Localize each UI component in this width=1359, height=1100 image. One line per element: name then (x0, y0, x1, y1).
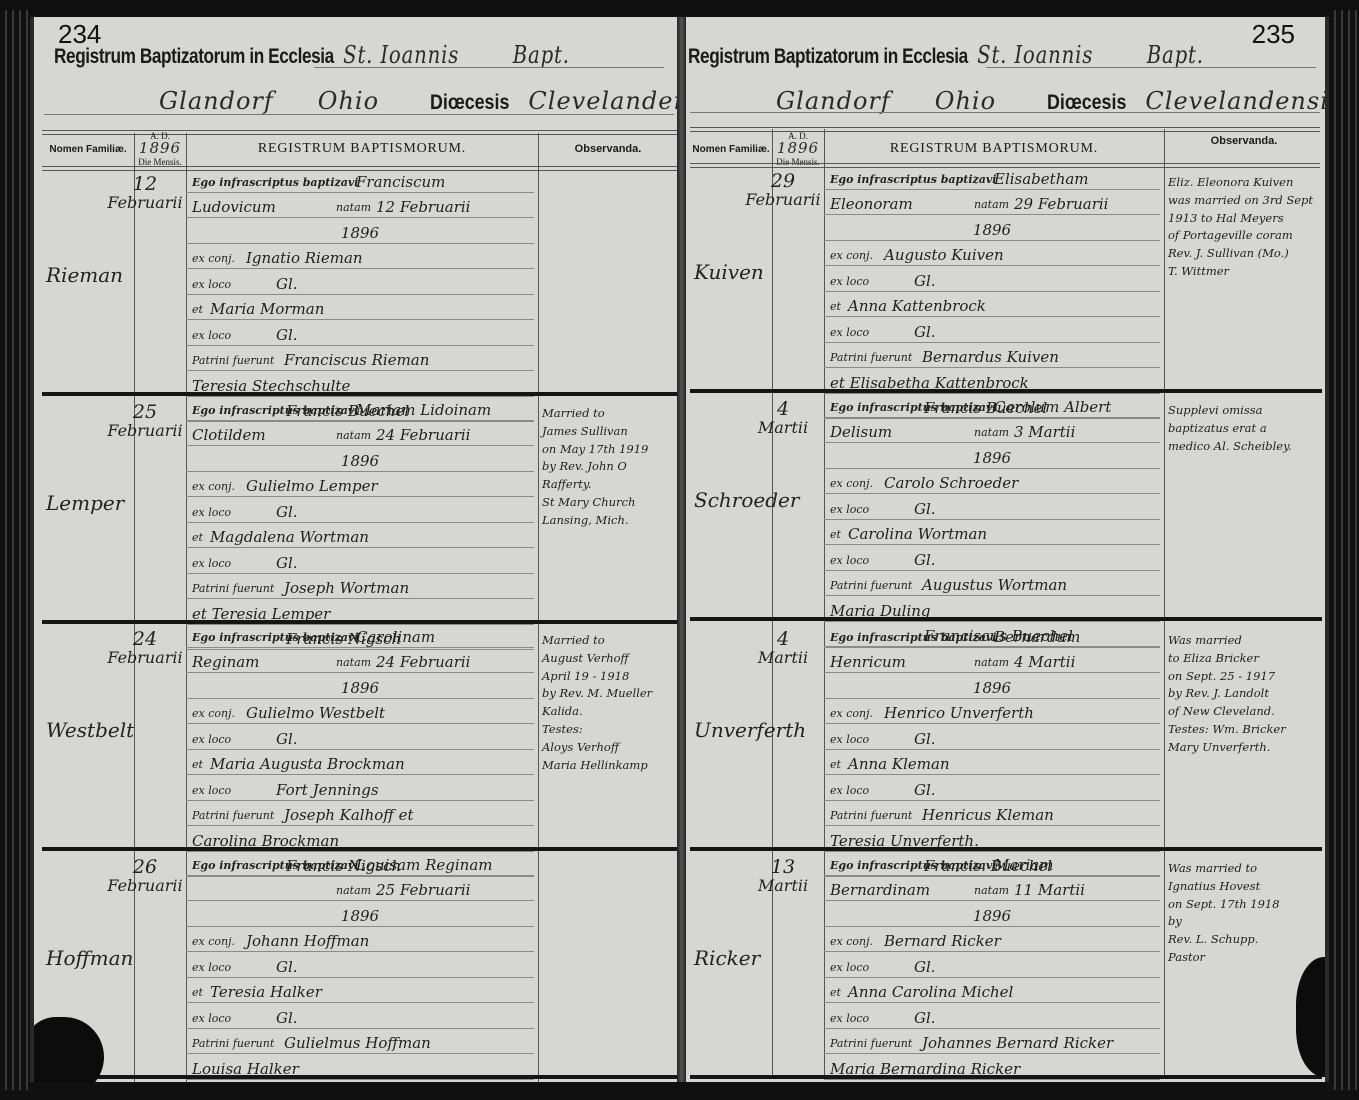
father-place: ex locoGl. (824, 494, 1160, 520)
register-entry: Hoffman 26FebruariiEgo infrascriptus bap… (34, 850, 677, 1078)
observanda-note: Was marriedto Eliza Brickeron Sept. 25 -… (1168, 632, 1286, 757)
register-entry: Unverferth 4MartiiEgo infrascriptus bapt… (686, 622, 1325, 850)
col-observanda: Observanda. (1164, 133, 1324, 165)
location-rule (44, 114, 674, 115)
diocese-name: Clevelandensis (528, 87, 677, 115)
father-line: ex conj.Gulielmo Westbelt (186, 699, 534, 725)
father-line: ex conj.Gulielmo Lemper (186, 472, 534, 498)
father-line: ex conj.Carolo Schroeder (824, 469, 1160, 495)
birth-line: Henricumnatam4 Martii (824, 648, 1160, 674)
mother-line: etCarolina Wortman (824, 520, 1160, 546)
godparents-line: Patrini fueruntBernardus Kuiven (824, 343, 1160, 369)
col-surname: Nomen Familiæ. (690, 133, 772, 165)
book-edge-right (1329, 10, 1359, 1090)
entry-body: Ego infrascriptus baptizaviBernardumHenr… (824, 622, 1160, 877)
register-entry: Ricker 13MartiiEgo infrascriptus baptiza… (686, 850, 1325, 1078)
state-name: Ohio (318, 87, 379, 115)
mother-line: etAnna Carolina Michel (824, 978, 1160, 1004)
mother-line: etMaria Augusta Brockman (186, 750, 534, 776)
father-line: ex conj.Henrico Unverferth (824, 699, 1160, 725)
register-entry: Kuiven 29FebruariiEgo infrascriptus bapt… (686, 164, 1325, 392)
church-name-2: Bapt. (1147, 41, 1204, 69)
godparents-line: Patrini fueruntHenricus Kleman (824, 801, 1160, 827)
family-name: Westbelt (46, 718, 138, 742)
priest-signature: Francis Nigsch (186, 1080, 534, 1083)
godparents-line: Patrini fueruntFranciscus Rieman (186, 346, 534, 372)
mother-line: etAnna Kattenbrock (824, 292, 1160, 318)
mother-line: etMagdalena Wortman (186, 523, 534, 549)
father-line: ex conj.Bernard Ricker (824, 927, 1160, 953)
birth-line: Eleonoramnatam29 Februarii (824, 190, 1160, 216)
birth-line: Delisumnatam3 Martii (824, 418, 1160, 444)
title-prefix: Registrum Baptizatorum in Ecclesia (54, 45, 334, 68)
book-gutter (677, 17, 686, 1082)
observanda-note: Married toJames Sullivanon May 17th 1919… (542, 405, 648, 530)
book-edge-left (0, 10, 30, 1090)
father-place: ex locoGl. (824, 266, 1160, 292)
col-register: REGISTRUM BAPTISMORUM. (824, 133, 1164, 165)
mother-place: ex locoGl. (824, 317, 1160, 343)
father-place: ex locoGl. (824, 724, 1160, 750)
mother-line: etAnna Kleman (824, 750, 1160, 776)
entry-body: Ego infrascriptus baptizaviElisabethamEl… (824, 164, 1160, 419)
baptism-date: 24Februarii (104, 630, 186, 667)
church-name-2: Bapt. (513, 41, 570, 69)
location-rule (690, 112, 1320, 113)
baptized-line: Ego infrascriptus baptizaviFranciscum (186, 167, 534, 193)
title-rule (314, 67, 664, 68)
register-entry: Rieman 12FebruariiEgo infrascriptus bapt… (34, 167, 677, 395)
page-234: 234 Registrum Baptizatorum in Ecclesia S… (30, 17, 677, 1082)
register-title: Registrum Baptizatorum in Ecclesia St. I… (688, 41, 1204, 69)
title-rule (986, 67, 1316, 68)
register-title: Registrum Baptizatorum in Ecclesia St. I… (54, 41, 570, 69)
page-235: 235 Registrum Baptizatorum in Ecclesia S… (686, 17, 1329, 1082)
baptized-line: Ego infrascriptus baptizaviElisabetham (824, 164, 1160, 190)
register-spread: 234 Registrum Baptizatorum in Ecclesia S… (0, 0, 1359, 1100)
birth-year: 1896 (186, 901, 534, 927)
birth-line: natam25 Februarii (186, 876, 534, 902)
baptized-line: Ego infrascriptus baptizaviMariam (824, 850, 1160, 876)
father-place: ex locoGl. (186, 269, 534, 295)
birth-year: 1896 (824, 443, 1160, 469)
mother-place: ex locoGl. (186, 548, 534, 574)
birth-line: Bernardinamnatam11 Martii (824, 876, 1160, 902)
baptism-date: 4Martii (742, 400, 824, 437)
birth-line: Reginamnatam24 Februarii (186, 648, 534, 674)
entry-separator (690, 617, 1322, 621)
baptism-date: 29Februarii (742, 172, 824, 209)
birth-year: 1896 (824, 901, 1160, 927)
birth-year: 1896 (186, 673, 534, 699)
mother-line: etTeresia Halker (186, 978, 534, 1004)
entry-body: Ego infrascriptus baptizaviMariamBernard… (824, 850, 1160, 1082)
father-place: ex locoGl. (186, 724, 534, 750)
birth-year: 1896 (824, 215, 1160, 241)
mother-place: ex locoGl. (824, 545, 1160, 571)
family-name: Kuiven (694, 260, 776, 284)
entry-body: Ego infrascriptus baptizaviCarolinamRegi… (186, 622, 534, 877)
diocese-name: Clevelandensis (1145, 87, 1329, 115)
father-place: ex locoGl. (186, 497, 534, 523)
page-number: 235 (1252, 19, 1295, 50)
mother-line: etMaria Morman (186, 295, 534, 321)
father-line: ex conj.Augusto Kuiven (824, 241, 1160, 267)
entry-separator (42, 1075, 677, 1079)
birth-year: 1896 (186, 218, 534, 244)
diocese-label: Diœcesis (430, 91, 509, 115)
location-line: Glandorf Ohio Diœcesis Clevelandensis (776, 87, 1329, 115)
mother-place: ex locoGl. (186, 320, 534, 346)
state-name: Ohio (935, 87, 996, 115)
observanda-note: Was married toIgnatius Hoveston Sept. 17… (1168, 860, 1280, 967)
mother-place: ex locoGl. (824, 775, 1160, 801)
baptized-line: Ego infrascriptus baptizaviMariam Lidoin… (186, 395, 534, 421)
godparents-line: Patrini fueruntGulielmus Hoffman (186, 1029, 534, 1055)
birth-year: 1896 (186, 446, 534, 472)
family-name: Ricker (694, 946, 776, 970)
col-date: A. D. 1896 Die Mensis. (134, 133, 186, 165)
observanda-note: Supplevi omissabaptizatus erat amedico A… (1168, 402, 1292, 455)
register-entry: Lemper 25FebruariiEgo infrascriptus bapt… (34, 395, 677, 623)
baptism-date: 26Februarii (104, 858, 186, 895)
register-entry: Westbelt 24FebruariiEgo infrascriptus ba… (34, 622, 677, 850)
entry-body: Ego infrascriptus baptizaviFranciscumLud… (186, 167, 534, 422)
baptized-line: Ego infrascriptus baptizaviCarolinam (186, 622, 534, 648)
entry-body: Ego infrascriptus baptizaviLouisam Regin… (186, 850, 534, 1082)
observanda-note: Married toAugust VerhoffApril 19 - 1918b… (542, 632, 652, 775)
birth-line: Clotildemnatam24 Februarii (186, 421, 534, 447)
register-entry: Schroeder 4MartiiEgo infrascriptus bapti… (686, 392, 1325, 620)
godparents-line: Patrini fueruntJohannes Bernard Ricker (824, 1029, 1160, 1055)
family-name: Rieman (46, 263, 138, 287)
father-line: ex conj.Ignatio Rieman (186, 244, 534, 270)
entry-body: Ego infrascriptus baptizaviCarolum Alber… (824, 392, 1160, 647)
col-observanda: Observanda. (538, 133, 677, 165)
godparents-line: Patrini fueruntAugustus Wortman (824, 571, 1160, 597)
mother-place: ex locoFort Jennings (186, 775, 534, 801)
baptized-line: Ego infrascriptus baptizaviCarolum Alber… (824, 392, 1160, 418)
father-line: ex conj.Johann Hoffman (186, 927, 534, 953)
town-name: Glandorf (776, 87, 891, 115)
baptism-date: 12Februarii (104, 175, 186, 212)
godparents-line: Patrini fueruntJoseph Wortman (186, 574, 534, 600)
church-name: St. Ioannis (977, 41, 1093, 69)
col-register: REGISTRUM BAPTISMORUM. (186, 133, 538, 165)
father-place: ex locoGl. (824, 952, 1160, 978)
baptism-date: 13Martii (742, 858, 824, 895)
family-name: Unverferth (694, 718, 776, 742)
birth-line: Ludovicumnatam12 Februarii (186, 193, 534, 219)
priest-signature: Francis Buechel (824, 1080, 1160, 1083)
baptism-date: 25Februarii (104, 403, 186, 440)
location-line: Glandorf Ohio Diœcesis Clevelandensis (159, 87, 677, 115)
entry-separator (690, 1075, 1322, 1079)
family-name: Schroeder (694, 488, 776, 512)
baptized-line: Ego infrascriptus baptizaviLouisam Regin… (186, 850, 534, 876)
observanda-note: Eliz. Eleonora Kuivenwas married on 3rd … (1168, 174, 1313, 281)
father-place: ex locoGl. (186, 952, 534, 978)
godparents-line: Patrini fueruntJoseph Kalhoff et (186, 801, 534, 827)
entry-body: Ego infrascriptus baptizaviMariam Lidoin… (186, 395, 534, 650)
mother-place: ex locoGl. (824, 1003, 1160, 1029)
birth-year: 1896 (824, 673, 1160, 699)
title-prefix: Registrum Baptizatorum in Ecclesia (688, 45, 968, 68)
town-name: Glandorf (159, 87, 274, 115)
col-date: A. D. 1896 Die Mensis. (772, 133, 824, 165)
mother-place: ex locoGl. (186, 1003, 534, 1029)
baptized-line: Ego infrascriptus baptizaviBernardum (824, 622, 1160, 648)
col-surname: Nomen Familiæ. (42, 133, 134, 165)
family-name: Lemper (46, 491, 138, 515)
family-name: Hoffman (46, 946, 138, 970)
baptism-date: 4Martii (742, 630, 824, 667)
church-name: St. Ioannis (343, 41, 459, 69)
